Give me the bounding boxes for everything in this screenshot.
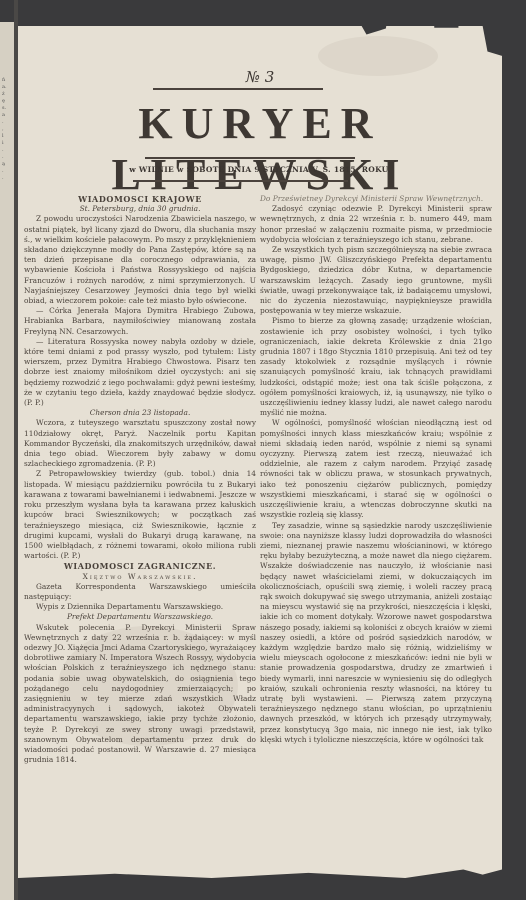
article-paragraph: Z Petropawłowskiey twierdzy (gub. tobol.… [24, 469, 256, 561]
article-paragraph: Wskutek polecenia P. Dyrekcyi Ministerii… [24, 623, 256, 766]
newspaper-title: KURYER LITEWSKI [18, 98, 502, 200]
subsection-duchy-warsaw: Xięztwo Warszawskie. [24, 572, 256, 582]
article-paragraph: Pismo to bierze za głowną zasadę; urządz… [260, 316, 492, 418]
right-column: Do Prześwietney Dyrekcyi Ministerii Spra… [260, 194, 492, 745]
article-paragraph: — Córka Jenerała Majora Dymitra Hrabiego… [24, 306, 256, 337]
binding-fold [14, 0, 18, 900]
rule-middle [145, 157, 355, 159]
left-column: WIADOMOSCI KRAJOWE St. Petersburg, dnia … [24, 194, 256, 765]
article-paragraph: Ze wszystkich tych pism szczególnieyszą … [260, 245, 492, 316]
dateline-cherson: Cherson dnia 23 listopada. [24, 408, 256, 418]
issue-dateline: w WILNIE w SOBOTĘ DNIA 9 STYCZNIA V. S. … [18, 165, 502, 174]
article-paragraph: Z powodu uroczystości Narodzenia Zbawici… [24, 214, 256, 306]
prefect-heading: Prefekt Departamentu Warszawskiego. [24, 612, 256, 622]
article-paragraph: — Literatura Rossyyska nowey nabyła ozdo… [24, 337, 256, 408]
rule-top [153, 88, 323, 90]
article-paragraph: Wczora, z tuteyszego warsztatu spuszczon… [24, 418, 256, 469]
article-paragraph: Gazeta Korrespondenta Warszawskiego umie… [24, 582, 256, 602]
letter-address: Do Prześwietney Dyrekcyi Ministerii Spra… [260, 194, 492, 204]
issue-number: № 3 [18, 68, 502, 86]
previous-page-edge: ń a. ż ę s. a . , l i . . ą . . [0, 22, 14, 900]
newspaper-page: № 3 KURYER LITEWSKI w WILNIE w SOBOTĘ DN… [18, 26, 502, 878]
dateline-petersburg: St. Petersburg, dnia 30 grudnia. [24, 204, 256, 214]
article-paragraph: W ogólności, pomyślność włościan nieodłą… [260, 418, 492, 520]
article-paragraph: Wypis z Dziennika Departamentu Warszawsk… [24, 602, 256, 612]
article-paragraph: Tey zasadzie, winne są sąsiedzkie narody… [260, 521, 492, 745]
previous-page-marks: ń a. ż ę s. a . , l i . . ą . . [2, 77, 12, 182]
section-heading-domestic: WIADOMOSCI KRAJOWE [24, 194, 256, 204]
rule-bottom [133, 180, 348, 182]
article-paragraph: Zadosyć czyniąc odezwie P. Dyrekcyi Mini… [260, 204, 492, 245]
section-heading-foreign: WIADOMOSCI ZAGRANICZNE. [24, 561, 256, 571]
